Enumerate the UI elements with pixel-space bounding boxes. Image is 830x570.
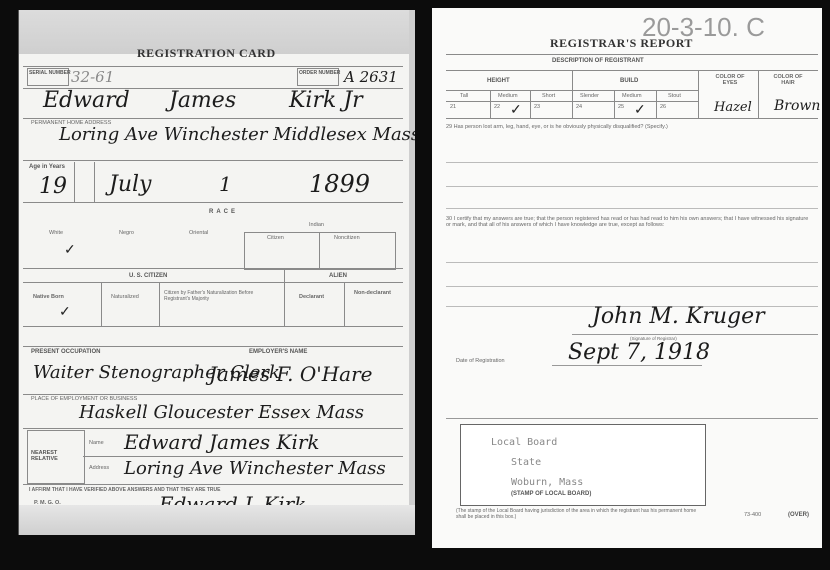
relative-address-label: Address — [89, 465, 109, 471]
stamp-caption: (STAMP OF LOCAL BOARD) — [511, 491, 591, 497]
height-medium-check: ✓ — [510, 102, 522, 119]
build-slender: Slender — [580, 93, 599, 99]
footer-over: (OVER) — [788, 512, 809, 518]
height-header: HEIGHT — [487, 78, 510, 84]
col-23: 23 — [534, 104, 540, 110]
native-born-check: ✓ — [59, 304, 71, 321]
card-edge — [409, 10, 415, 535]
date-label: Date of Registration — [456, 358, 505, 364]
native-born-label: Native Born — [33, 294, 64, 300]
race-white: White — [49, 230, 63, 236]
height-short: Short — [542, 93, 555, 99]
order-label: ORDER NUMBER — [299, 70, 340, 76]
employer-value: James F. O'Hare — [209, 362, 373, 386]
hair-color-value: Brown — [774, 98, 820, 114]
date-value: Sept 7, 1918 — [568, 340, 710, 365]
nearest-relative-label: NEAREST RELATIVE — [31, 450, 71, 462]
height-tall: Tall — [460, 93, 468, 99]
name-middle: James — [169, 88, 236, 113]
question-29: 29 Has person lost arm, leg, hand, eye, … — [446, 124, 812, 130]
race-label: RACE — [209, 209, 238, 215]
address: Loring Ave Winchester Middlesex Mass — [59, 124, 415, 145]
citizen-by-father-label: Citizen by Father's Naturalization Befor… — [164, 290, 279, 302]
footer-code: 73-400 — [744, 512, 761, 518]
citizen-header: U. S. CITIZEN — [129, 273, 167, 279]
description-header: DESCRIPTION OF REGISTRANT — [552, 58, 644, 64]
race-white-check: ✓ — [64, 242, 76, 259]
employer-header: EMPLOYER'S NAME — [249, 349, 307, 355]
eye-color-header: COLOR OF EYES — [710, 74, 750, 86]
col-21: 21 — [450, 104, 456, 110]
build-medium: Medium — [622, 93, 642, 99]
dob-day: 1 — [219, 172, 232, 196]
hair-color-header: COLOR OF HAIR — [768, 74, 808, 86]
report-title: REGISTRAR'S REPORT — [550, 36, 693, 51]
col-22: 22 — [494, 104, 500, 110]
name-last: Kirk Jr — [289, 88, 363, 113]
race-indian: Indian — [309, 222, 324, 228]
card-title: REGISTRATION CARD — [137, 46, 276, 61]
registration-card: REGISTRATION CARD SERIAL NUMBER 32-61 OR… — [18, 10, 415, 535]
relative-address-value: Loring Ave Winchester Mass — [124, 458, 386, 479]
race-noncitizen: Noncitizen — [334, 235, 360, 241]
dob-year: 1899 — [309, 170, 370, 198]
employment-place-value: Haskell Gloucester Essex Mass — [79, 402, 364, 423]
age-label: Age in Years — [29, 164, 65, 170]
stamp-line-2: State — [511, 457, 541, 468]
order-number: A 2631 — [344, 68, 398, 86]
declarant-label: Declarant — [299, 294, 324, 300]
scan-bottom-band — [19, 505, 415, 535]
race-oriental: Oriental — [189, 230, 208, 236]
race-citizen: Citizen — [267, 235, 284, 241]
build-stout: Stout — [668, 93, 681, 99]
stamp-line-3: Woburn, Mass — [511, 477, 583, 488]
local-board-stamp-box: Local Board State Woburn, Mass (STAMP OF… — [460, 424, 706, 506]
eye-color-value: Hazel — [714, 100, 752, 115]
non-declarant-label: Non-declarant — [354, 290, 391, 296]
registrars-report: 20-3-10. C REGISTRAR'S REPORT DESCRIPTIO… — [432, 8, 822, 548]
naturalized-label: Naturalized — [111, 294, 139, 300]
relative-name-value: Edward James Kirk — [124, 430, 320, 454]
height-medium: Medium — [498, 93, 518, 99]
stamp-note: (The stamp of the Local Board having jur… — [456, 508, 706, 520]
serial-number: 32-61 — [71, 68, 114, 86]
dob-month: July — [109, 172, 151, 197]
race-negro: Negro — [119, 230, 134, 236]
age-value: 19 — [39, 174, 67, 199]
name-first: Edward — [43, 88, 130, 113]
col-26: 26 — [660, 104, 666, 110]
relative-name-label: Name — [89, 440, 104, 446]
stamp-line-1: Local Board — [491, 437, 557, 448]
build-medium-check: ✓ — [634, 102, 646, 119]
occupation-header: PRESENT OCCUPATION — [31, 349, 100, 355]
build-header: BUILD — [620, 78, 638, 84]
col-25: 25 — [618, 104, 624, 110]
registrar-signature: John M. Kruger — [592, 304, 765, 329]
col-24: 24 — [576, 104, 582, 110]
question-30: 30 I certify that my answers are true; t… — [446, 216, 812, 228]
alien-header: ALIEN — [329, 273, 347, 279]
serial-label: SERIAL NUMBER — [29, 70, 71, 76]
